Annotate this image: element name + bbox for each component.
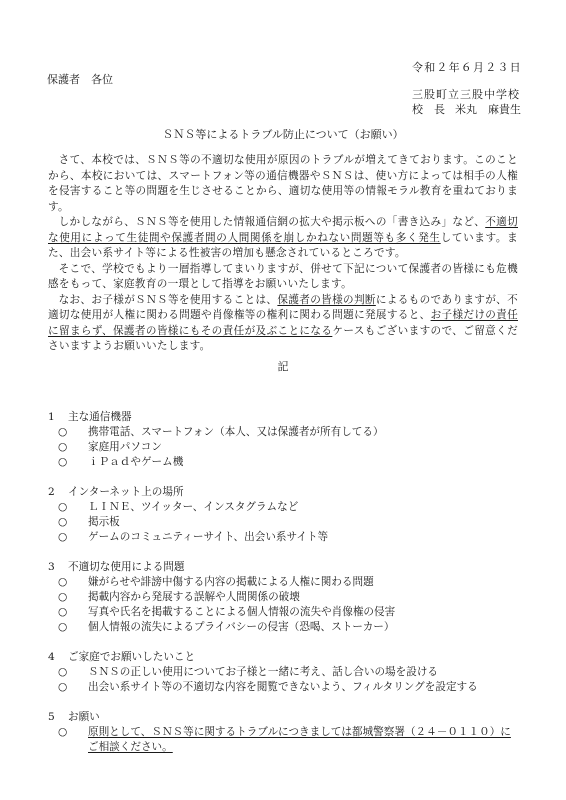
circle-bullet-icon: ○ [58,620,67,635]
list-item-text: ＬＩＮＥ、ツイッター、インスタグラムなど [88,501,298,513]
paragraph-3: そこで、学校でもより一層指導してまいりますが、併せて下記について保護者の皆様にも… [48,262,518,293]
list-item-text-underlined: 原則として、ＳＮＳ等に関するトラブルにつきましては都城警察署（２４－０１１０）に… [88,726,511,753]
list-item: ○家庭用パソコン [48,440,528,455]
document-body: さて、本校では、ＳＮＳ等の不適切な使用が原因のトラブルが増えてきております。この… [48,153,518,355]
circle-bullet-icon: ○ [58,680,67,695]
addressee: 保護者 各位 [47,71,113,87]
circle-bullet-icon: ○ [58,605,67,620]
circle-bullet-icon: ○ [58,425,67,440]
list-item: ○写真や氏名を掲載することによる個人情報の流失や肖像権の侵害 [48,605,528,620]
circle-bullet-icon: ○ [58,725,67,740]
section-1: 1主な通信機器 ○携帯電話、スマートフォン（本人、又は保護者が所有してる） ○家… [48,410,528,470]
list-item-text: 掲示板 [88,516,120,528]
section-2: 2インターネット上の場所 ○ＬＩＮＥ、ツイッター、インスタグラムなど ○掲示板 … [48,485,528,545]
document-date: 令和２年６月２３日 [412,59,522,75]
circle-bullet-icon: ○ [58,440,67,455]
section-heading: 2インターネット上の場所 [48,485,528,500]
section-title: インターネット上の場所 [68,486,184,498]
paragraph-4-text-a: なお、お子様がＳＮＳ等を使用することは、 [59,294,278,306]
section-heading: 5お願い [48,710,528,725]
list-item: ○ゲームのコミュニティーサイト、出会い系サイト等 [48,530,528,545]
paragraph-4-underlined-1: 保護者の皆様の判断 [277,294,375,306]
section-heading: 3不適切な使用による問題 [48,560,528,575]
principal-signature: 校 長米丸 麻貴生 [412,101,531,117]
list-item: ○個人情報の流失によるプライバシーの侵害（恐喝、ストーカー） [48,620,528,635]
principal-title: 校 長 [412,103,445,116]
list-item: ○嫌がらせや誹謗中傷する内容の掲載による人権に関わる問題 [48,575,528,590]
document-title: ＳＮＳ等によるトラブル防止について（お願い） [0,126,566,142]
circle-bullet-icon: ○ [58,500,67,515]
circle-bullet-icon: ○ [58,575,67,590]
section-number: 3 [48,560,68,575]
circle-bullet-icon: ○ [58,665,67,680]
list-item: ○ＬＩＮＥ、ツイッター、インスタグラムなど [48,500,528,515]
list-item-text: 掲載内容から発展する誤解や人間関係の破壊 [88,591,300,603]
list-item: ○ＳＮＳの正しい使用についてお子様と一緒に考え、話し合いの場を設ける [48,665,528,680]
paragraph-2-text-a: しかしながら、ＳＮＳ等を使用した情報通信網の拡大や掲示板への「書き込み」など、 [59,216,486,228]
section-number: 2 [48,485,68,500]
list-item: ○掲示板 [48,515,528,530]
list-item-text: 家庭用パソコン [88,441,162,453]
paragraph-2: しかしながら、ＳＮＳ等を使用した情報通信網の拡大や掲示板への「書き込み」など、不… [48,215,518,262]
list-item-text: ＳＮＳの正しい使用についてお子様と一緒に考え、話し合いの場を設ける [88,666,438,678]
section-title: お願い [68,711,100,723]
ki-heading: 記 [0,358,566,374]
list-item: ○携帯電話、スマートフォン（本人、又は保護者が所有してる） [48,425,528,440]
school-name: 三股町立三股中学校 [412,86,520,102]
list-item: ○出会い系サイト等の不適切な内容を閲覧できないよう、フィルタリングを設定する [48,680,528,695]
section-title: 主な通信機器 [68,411,132,423]
list-item: ○掲載内容から発展する誤解や人間関係の破壊 [48,590,528,605]
section-number: 1 [48,410,68,425]
section-number: 4 [48,650,68,665]
list-item-text: 携帯電話、スマートフォン（本人、又は保護者が所有してる） [88,426,384,438]
circle-bullet-icon: ○ [58,515,67,530]
list-item-text: 写真や氏名を掲載することによる個人情報の流失や肖像権の侵害 [88,606,395,618]
section-number: 5 [48,710,68,725]
list-item-text: 出会い系サイト等の不適切な内容を閲覧できないよう、フィルタリングを設定する [88,681,478,693]
list-item: ○原則として、ＳＮＳ等に関するトラブルにつきましては都城警察署（２４－０１１０）… [48,725,518,755]
principal-name: 米丸 麻貴生 [455,103,521,116]
circle-bullet-icon: ○ [58,590,67,605]
list-item-text: 嫌がらせや誹謗中傷する内容の掲載による人権に関わる問題 [88,576,374,588]
paragraph-1: さて、本校では、ＳＮＳ等の不適切な使用が原因のトラブルが増えてきております。この… [48,153,518,215]
section-3: 3不適切な使用による問題 ○嫌がらせや誹謗中傷する内容の掲載による人権に関わる問… [48,560,528,635]
paragraph-4: なお、お子様がＳＮＳ等を使用することは、保護者の皆様の判断によるものでありますが… [48,293,518,355]
list-item-text: ゲームのコミュニティーサイト、出会い系サイト等 [88,531,328,543]
sections-list: 1主な通信機器 ○携帯電話、スマートフォン（本人、又は保護者が所有してる） ○家… [48,410,528,770]
section-heading: 4ご家庭でお願いしたいこと [48,650,528,665]
circle-bullet-icon: ○ [58,530,67,545]
section-title: 不適切な使用による問題 [68,561,185,573]
section-title: ご家庭でお願いしたいこと [68,651,195,663]
section-heading: 1主な通信機器 [48,410,528,425]
list-item-text: ｉＰａｄやゲーム機 [88,456,183,468]
circle-bullet-icon: ○ [58,455,67,470]
section-4: 4ご家庭でお願いしたいこと ○ＳＮＳの正しい使用についてお子様と一緒に考え、話し… [48,650,528,695]
section-5: 5お願い ○原則として、ＳＮＳ等に関するトラブルにつきましては都城警察署（２４－… [48,710,528,755]
list-item: ○ｉＰａｄやゲーム機 [48,455,528,470]
list-item-text: 個人情報の流失によるプライバシーの侵害（恐喝、ストーカー） [88,621,394,633]
